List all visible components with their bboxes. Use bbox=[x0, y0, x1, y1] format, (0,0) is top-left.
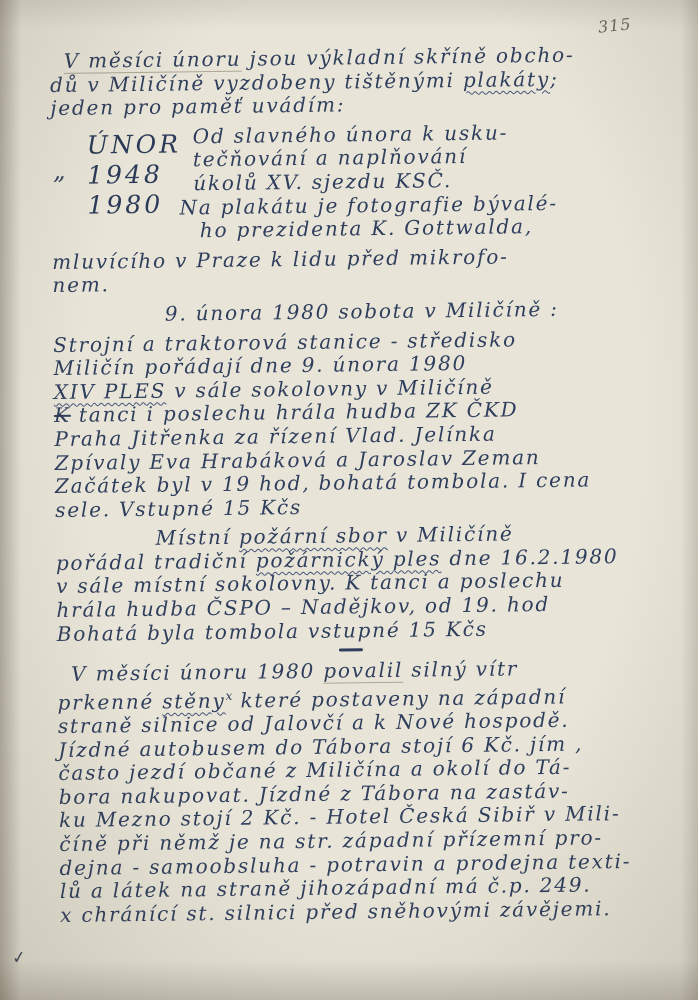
text-segment: pořádal tradiční bbox=[56, 548, 256, 574]
handwritten-line: Bohatá byla tombola vstupné 15 Kčs bbox=[57, 615, 697, 646]
text-segment: prkenné bbox=[57, 689, 162, 714]
intro-paragraph: V měsíci únoru jsou výkladní skříně obch… bbox=[50, 42, 691, 121]
text-segment: povalil bbox=[323, 658, 403, 684]
firemen-ball-paragraph: Místní požární sbor v Miličíněpořádal tr… bbox=[55, 520, 696, 646]
handwritten-line: 9. února 1980 sobota v Miličíně : bbox=[165, 296, 693, 326]
handwritten-line: ho prezidenta K. Gottwalda, bbox=[200, 213, 692, 243]
text-segment: V měsíci únoru 1980 bbox=[71, 659, 323, 686]
page-number: 315 bbox=[598, 14, 633, 36]
handwritten-line: sele. Vstupné 15 Kčs bbox=[55, 491, 695, 522]
ball-date-heading: 9. února 1980 sobota v Miličíně : bbox=[53, 296, 693, 327]
text-segment: požární sbor bbox=[239, 523, 388, 549]
wind-and-fares-paragraph: V měsíci únoru 1980 povalil silný vítrpr… bbox=[57, 655, 698, 927]
text-segment: Místní bbox=[155, 525, 239, 550]
text-segment: plakáty bbox=[463, 67, 550, 92]
chronicle-page: 315 V měsíci únoru jsou výkladní skříně … bbox=[0, 0, 698, 1000]
text-segment: XIV PLES bbox=[54, 378, 167, 403]
text-segment: K bbox=[54, 403, 71, 427]
text-segment: dů v Miličíně vyzdobeny tištěnými bbox=[50, 68, 463, 97]
text-segment: sele. Vstupné 15 Kčs bbox=[55, 495, 302, 522]
margin-label: ÚNOR bbox=[87, 129, 193, 160]
handwritten-line: jeden pro paměť uvádím: bbox=[50, 89, 690, 120]
text-segment: požárnický ples bbox=[256, 546, 442, 572]
margin-label: 1980 bbox=[87, 189, 193, 220]
poster-continuation: mluvícího v Praze k lidu před mikrofo-ne… bbox=[52, 243, 693, 298]
text-segment: ; bbox=[550, 66, 559, 90]
text-segment: v Miličíně bbox=[388, 522, 514, 548]
text-segment: stěny bbox=[162, 688, 226, 713]
sts-ball-paragraph: Strojní a traktorová stanice - středisko… bbox=[53, 326, 695, 523]
text-segment: 9. února 1980 sobota v Miličíně : bbox=[165, 297, 559, 326]
text-segment: silný vítr bbox=[403, 657, 518, 682]
text-segment: Bohatá byla tombola vstupné 15 Kčs bbox=[57, 616, 488, 645]
separator-dash bbox=[339, 648, 363, 651]
margin-row-text: Od slavného února k usku-tečňování a nap… bbox=[193, 119, 692, 243]
handwritten-line: x chránící st. silnici před sněhovými zá… bbox=[60, 896, 698, 927]
margin-label: 1948 bbox=[87, 159, 193, 190]
text-segment: ho prezidenta K. Gottwalda, bbox=[200, 214, 533, 242]
text-segment: jeden pro paměť uvádím: bbox=[50, 93, 345, 121]
text-segment: dne 16.2.1980 bbox=[441, 544, 619, 570]
check-mark: ✓ bbox=[11, 947, 28, 969]
unor-poster-block: „ÚNOR19481980Od slavného února k usku-te… bbox=[51, 119, 692, 245]
manuscript-body: V měsíci únoru jsou výkladní skříně obch… bbox=[50, 42, 698, 933]
text-segment: nem. bbox=[52, 273, 110, 298]
margin-annotation: „ÚNOR19481980 bbox=[51, 125, 194, 221]
quote-mark: „ bbox=[53, 157, 66, 185]
